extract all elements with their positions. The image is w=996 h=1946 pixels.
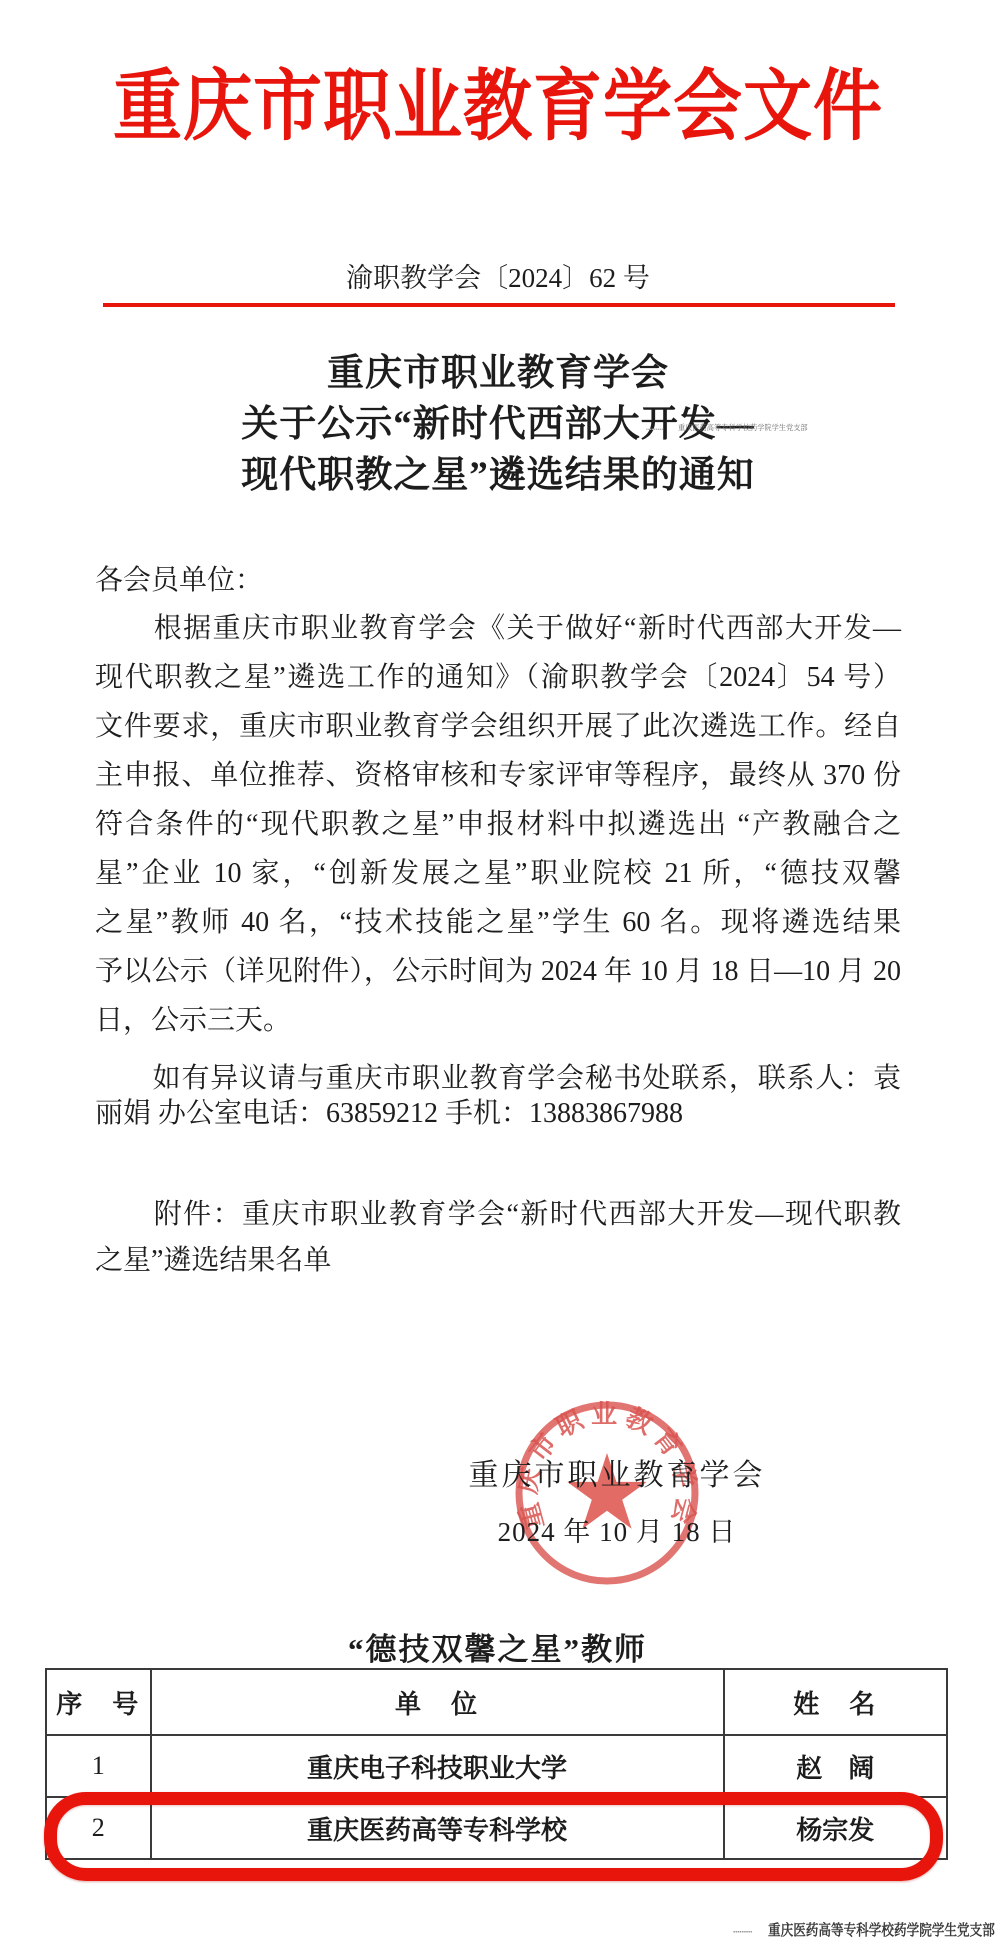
column-header-name: 姓 名 (724, 1669, 947, 1735)
signature-block: 重庆市职业教育学会 2024 年 10 月 18 日 (367, 1450, 867, 1549)
document-number: 渝职教学会〔2024〕62 号 (0, 256, 996, 295)
attachment-line: 附件：重庆市职业教育学会“新时代西部大开发—现代职教 (95, 1192, 901, 1238)
signature-date: 2024 年 10 月 18 日 (367, 1510, 867, 1549)
attachment-note: 附件：重庆市职业教育学会“新时代西部大开发—现代职教 之星”遴选结果名单 (95, 1192, 901, 1284)
body-line: 之星”教师 40 名，“技术技能之星”学生 60 名。现将遴选结果 (95, 898, 901, 947)
salutation: 各会员单位： (95, 558, 263, 598)
notice-title-line-3: 现代职教之星”遴选结果的通知 (0, 450, 996, 501)
body-line: 现代职教之星”遴选工作的通知》（渝职教学会〔2024〕54 号） (95, 653, 901, 702)
table-header-row: 序 号 单 位 姓 名 (46, 1669, 947, 1735)
body-line: 星”企业 10 家，“创新发展之星”职业院校 21 所，“德技双馨 (95, 849, 901, 898)
signature-org: 重庆市职业教育学会 (367, 1450, 867, 1494)
body-line: 日，公示三天。 (95, 996, 901, 1045)
body-paragraph-2: 如有异议请与重庆市职业教育学会秘书处联系，联系人：袁 丽娟 办公室电话：6385… (95, 1061, 901, 1131)
cell-unit: 重庆电子科技职业大学 (151, 1735, 724, 1797)
body-line: 根据重庆市职业教育学会《关于做好“新时代西部大开发— (95, 604, 901, 653)
attachment-line: 之星”遴选结果名单 (95, 1238, 901, 1284)
micro-logo-icon: ▪▪▪▪▪▪▪▪▪ (646, 426, 664, 432)
watermark-bottom: ▪▪▪▪▪▪▪▪▪重庆医药高等专科学校药学院学生党支部 (733, 1919, 996, 1940)
red-header-title: 重庆市职业教育学会文件 (0, 44, 996, 155)
document-page: 重庆市职业教育学会文件 渝职教学会〔2024〕62 号 重庆市职业教育学会 关于… (0, 0, 996, 1946)
cell-no: 1 (46, 1735, 151, 1797)
body-line: 如有异议请与重庆市职业教育学会秘书处联系，联系人：袁 (95, 1061, 901, 1096)
cell-name: 赵 阔 (724, 1735, 947, 1797)
watermark-bottom-text: 重庆医药高等专科学校药学院学生党支部 (768, 1919, 995, 1940)
micro-logo-icon: ▪▪▪▪▪▪▪▪▪ (733, 1929, 752, 1936)
notice-title-line-1: 重庆市职业教育学会 (0, 348, 996, 399)
column-header-no: 序 号 (46, 1669, 151, 1735)
body-paragraph-1: 根据重庆市职业教育学会《关于做好“新时代西部大开发— 现代职教之星”遴选工作的通… (95, 604, 901, 1045)
body-line: 丽娟 办公室电话：63859212 手机：13883867988 (95, 1096, 901, 1131)
body-line: 文件要求，重庆市职业教育学会组织开展了此次遴选工作。经自 (95, 702, 901, 751)
highlight-ring (44, 1792, 943, 1881)
column-header-unit: 单 位 (151, 1669, 724, 1735)
watermark-top-text: 重庆医药高等专科学校药学院学生党支部 (678, 422, 808, 432)
body-line: 予以公示（详见附件），公示时间为 2024 年 10 月 18 日—10 月 2… (95, 947, 901, 996)
table-row: 1 重庆电子科技职业大学 赵 阔 (46, 1735, 947, 1797)
body-line: 主申报、单位推荐、资格审核和专家评审等程序，最终从 370 份 (95, 751, 901, 800)
table-heading: “德技双馨之星”教师 (45, 1624, 950, 1669)
red-divider-line (103, 303, 895, 307)
watermark-top: ▪▪▪▪▪▪▪▪▪重庆医药高等专科学校药学院学生党支部 (646, 419, 894, 437)
body-line: 符合条件的“现代职教之星”申报材料中拟遴选出 “产教融合之 (95, 800, 901, 849)
